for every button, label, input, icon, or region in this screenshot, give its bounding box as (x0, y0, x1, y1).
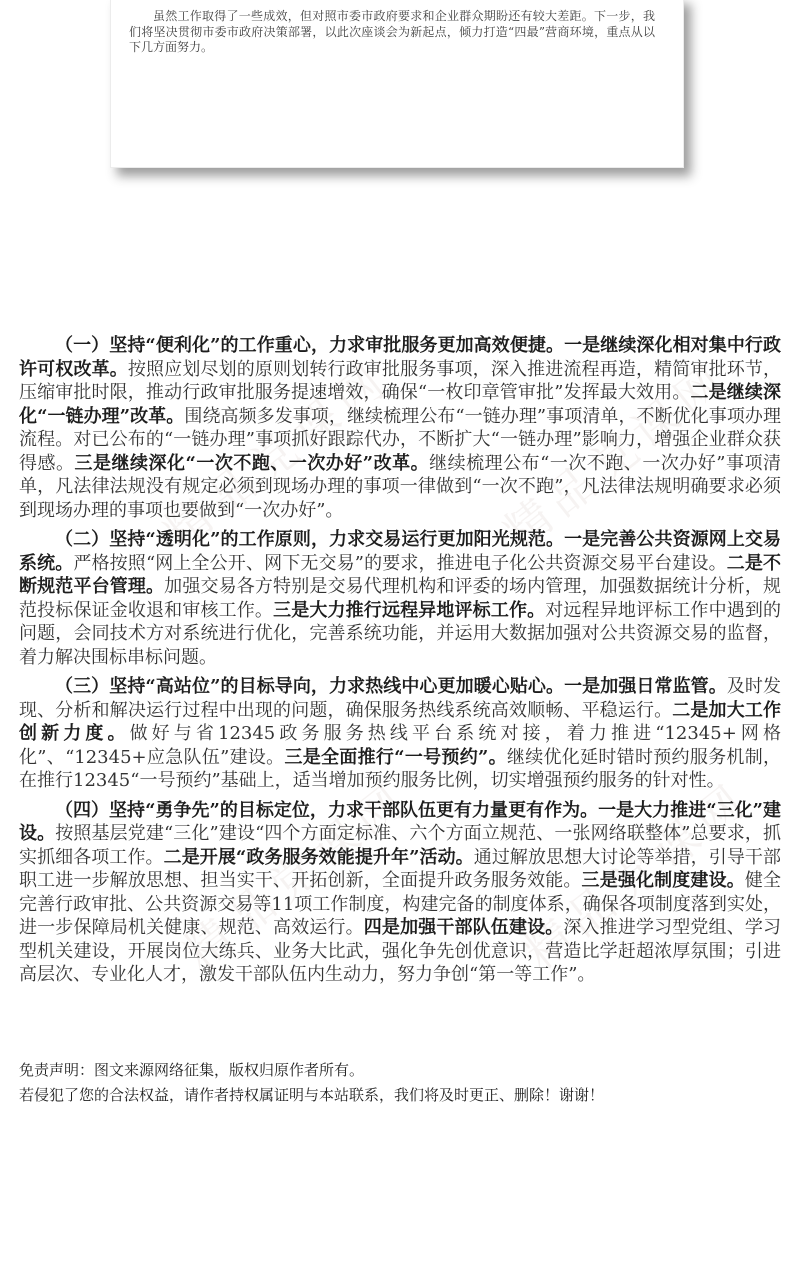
body-paragraph-3: （三）坚持“高站位”的目标导向，力求热线中心更加暖心贴心。一是加强日常监管。及时… (19, 675, 781, 793)
emphasis-text: 三是全面推行“一号预约”。 (284, 747, 506, 768)
emphasis-text: 三是强化制度建设。 (582, 870, 745, 891)
preview-paragraph: 虽然工作取得了一些成效，但对照市委市政府要求和企业群众期盼还有较大差距。下一步，… (111, 0, 683, 56)
disclaimer: 免责声明：图文来源网络征集，版权归原作者所有。 若侵犯了您的合法权益，请作者持权… (19, 1058, 781, 1108)
document-body: （一）坚持“便利化”的工作重心，力求审批服务更加高效便捷。一是继续深化相对集中行… (19, 334, 781, 993)
emphasis-text: （三）坚持“高站位”的目标导向，力求热线中心更加暖心贴心。一是加强日常监管。 (55, 676, 727, 697)
emphasis-text: 三是大力推行远程异地评标工作。 (273, 600, 545, 621)
body-text: 严格按照“网上全公开、网下无交易”的要求，推进电子化公共资源交易平台建设。 (73, 553, 726, 574)
emphasis-text: 四是加强干部队伍建设。 (364, 917, 564, 938)
document-preview-card: 虽然工作取得了一些成效，但对照市委市政府要求和企业群众期盼还有较大差距。下一步，… (110, 0, 684, 168)
emphasis-text: 三是继续深化“一次不跑、一次办好”改革。 (75, 453, 430, 474)
disclaimer-line-2: 若侵犯了您的合法权益，请作者持权属证明与本站联系，我们将及时更正、删除！谢谢！ (19, 1083, 781, 1108)
body-text: 按照应划尽划的原则划转行政审批服务事项，深入推进流程再造，精简审批环节，压缩审批… (19, 359, 781, 404)
body-paragraph-2: （二）坚持“透明化”的工作原则，力求交易运行更加阳光规范。一是完善公共资源网上交… (19, 528, 781, 669)
disclaimer-line-1: 免责声明：图文来源网络征集，版权归原作者所有。 (19, 1058, 781, 1083)
body-paragraph-4: （四）坚持“勇争先”的目标定位，力求干部队伍更有力量更有作为。一是大力推进“三化… (19, 799, 781, 987)
emphasis-text: 二是开展“政务服务效能提升年”活动。 (164, 847, 474, 868)
body-paragraph-1: （一）坚持“便利化”的工作重心，力求审批服务更加高效便捷。一是继续深化相对集中行… (19, 334, 781, 522)
page-container: 虽然工作取得了一些成效，但对照市委市政府要求和企业群众期盼还有较大差距。下一步，… (0, 0, 800, 1266)
